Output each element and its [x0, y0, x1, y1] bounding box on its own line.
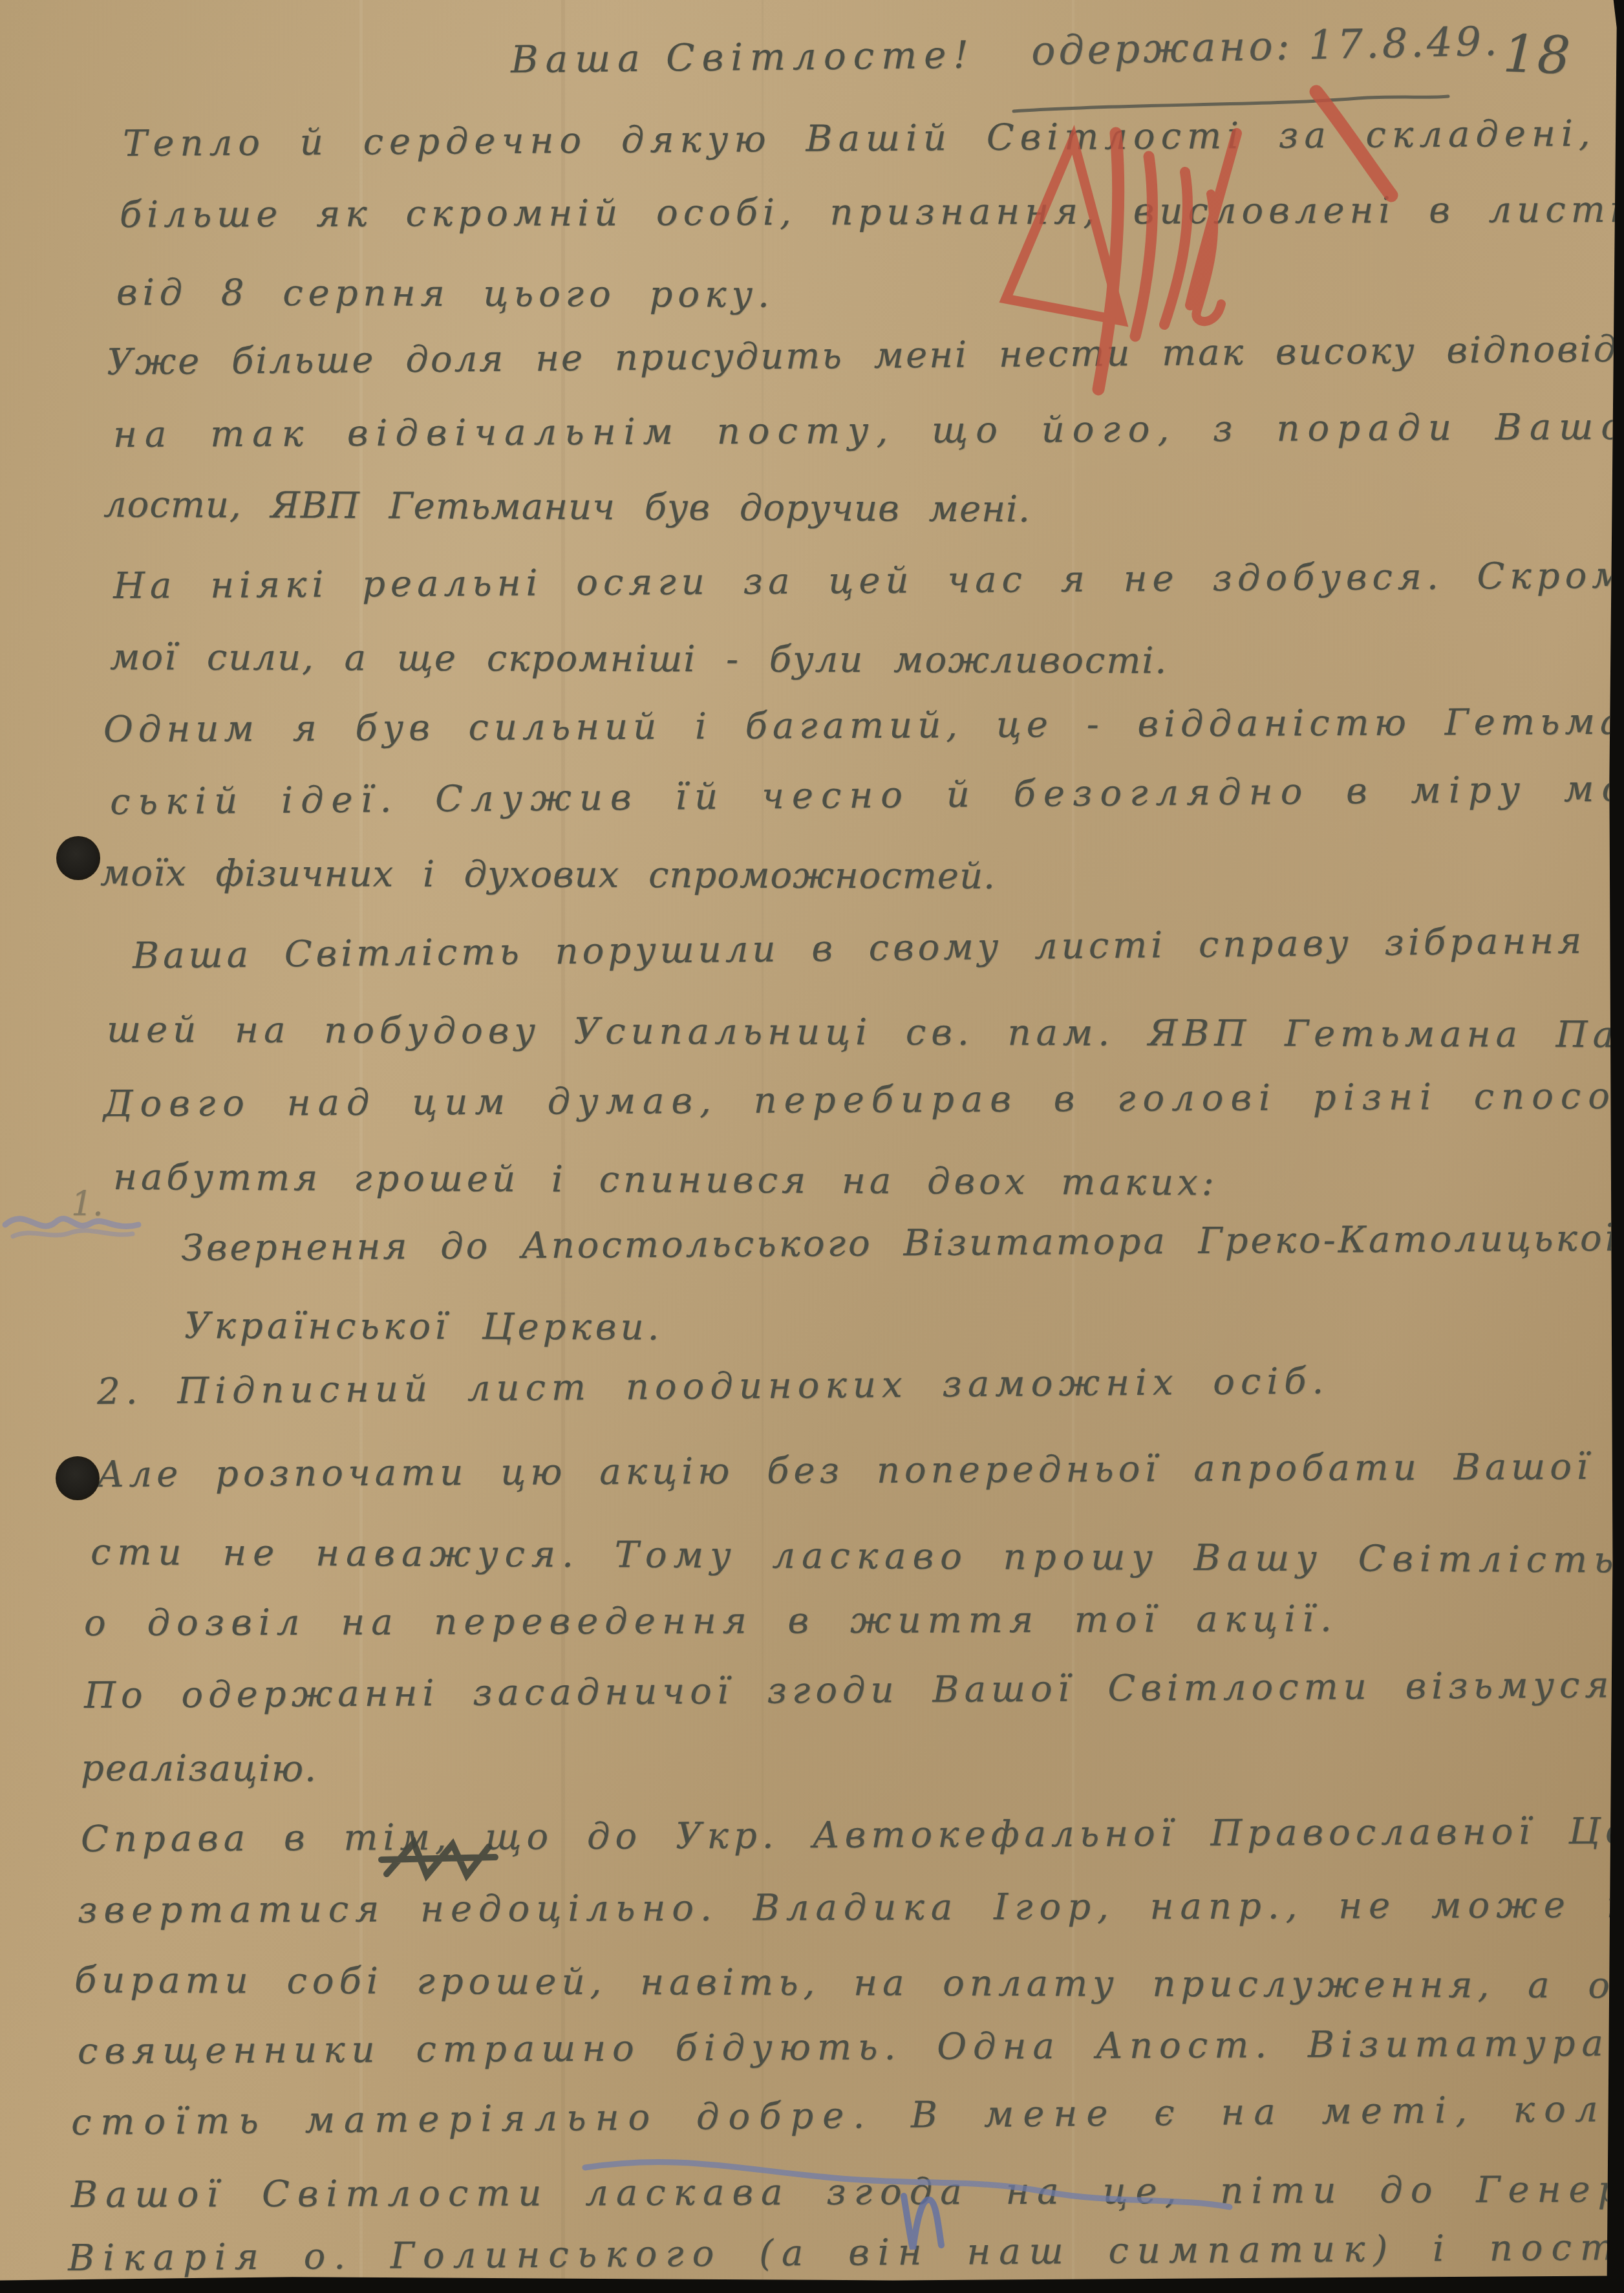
handwritten-line: Одним я був сильний і багатий, це - відд…	[103, 700, 1624, 751]
scanned-letter-page: Ваша Світлосте! одержано: 17.8.49. 18 1.…	[0, 0, 1624, 2293]
handwritten-line: звертатися недоцільно. Владика Ігор, нап…	[78, 1884, 1624, 1932]
handwritten-line: Ваша Світлість порушили в свому листі сп…	[133, 918, 1624, 977]
handwritten-line: По одержанні засадничої згоди Вашої Світ…	[84, 1664, 1624, 1717]
page-number: 18	[1502, 23, 1572, 86]
paper-sheet: Ваша Світлосте! одержано: 17.8.49. 18 1.…	[0, 0, 1624, 2293]
received-date-note: одержано: 17.8.49.	[1031, 17, 1501, 74]
handwritten-line: набуття грошей і спинився на двох таких:	[113, 1156, 1218, 1204]
hole-punch	[56, 836, 100, 880]
handwritten-line: Справа в тім, що до Укр. Автокефальної П…	[81, 1810, 1624, 1860]
handwritten-line: 2. Підписний лист поодиноких заможніх ос…	[97, 1360, 1330, 1413]
handwritten-line: Звернення до Апостольського Візитатора Г…	[181, 1217, 1619, 1269]
hole-punch	[56, 1456, 100, 1500]
handwritten-line: більше як скромній особі, признання, вис…	[120, 189, 1624, 236]
handwritten-line: бирати собі грошей, навіть, на оплату пр…	[74, 1959, 1624, 2007]
handwritten-line: лости, ЯВП Гетьманич був доручив мені.	[103, 484, 1031, 531]
handwritten-line: шей на побудову Усипальниці св. пам. ЯВП…	[107, 1009, 1624, 1057]
handwritten-line: реалізацію.	[81, 1747, 317, 1790]
handwritten-line: Української Церкви.	[184, 1305, 663, 1349]
handwritten-line: моїх фізичних і духових спроможностей.	[100, 852, 996, 898]
handwritten-line: сти не наважуся. Тому ласкаво прошу Вашу…	[91, 1531, 1620, 1581]
handwritten-line: Тепло й сердечно дякую Вашій Світлості з…	[123, 111, 1624, 165]
handwritten-line: священники страшно бідують. Одна Апост. …	[78, 2023, 1610, 2072]
handwritten-line: Вікарія о. Голинського (а він наш симпат…	[68, 2225, 1624, 2279]
handwritten-line: стоїть матеріяльно добре. В мене є на ме…	[71, 2087, 1624, 2144]
handwritten-line: мої сили, а ще скромніші - були можливос…	[110, 636, 1168, 682]
handwritten-line: На ніякі реальні осяги за цей час я не з…	[113, 554, 1624, 607]
handwritten-line: Уже більше доля не присудить мені нести …	[107, 327, 1624, 383]
handwritten-line: Довго над цим думав, перебирав в голові …	[103, 1075, 1624, 1125]
list-item-1-numeral: 1.	[71, 1185, 103, 1223]
handwritten-line: від 8 серпня цього року.	[116, 272, 775, 316]
handwritten-line: о дозвіл на переведення в життя тої акці…	[84, 1598, 1338, 1644]
salutation: Ваша Світлосте!	[511, 32, 976, 81]
handwritten-line: Але розпочати цю акцію без попередньої а…	[97, 1445, 1624, 1496]
handwritten-line: ській ідеї. Служив їй чесно й безоглядно…	[110, 768, 1624, 823]
handwritten-line: Вашої Світлости ласкава згода на це, піт…	[71, 2168, 1624, 2216]
handwritten-line: на так відвічальнім посту, що його, з по…	[113, 405, 1624, 456]
